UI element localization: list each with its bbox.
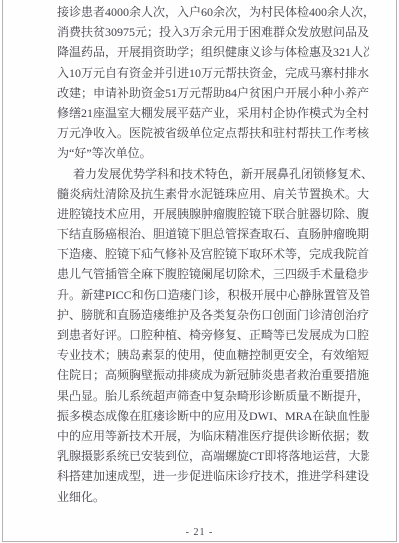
text-line: 振多模态成像在肛瘘诊断中的应用及DWI、MRA在缺血性脑血管病 xyxy=(57,406,369,426)
text-line: 果凸显。胎儿系统超声筛查中复杂畸形诊断质量不断提升，磁共 xyxy=(57,386,369,406)
page-number: - 21 - xyxy=(0,527,399,538)
text-line: 下造瘘、腔镜下疝气修补及宫腔镜下取环术等，完成我院首例8岁 xyxy=(57,244,369,264)
text-line: 护、膀胱和直肠造瘘维护及各类复杂伤口创面门诊清创治疗，得 xyxy=(57,305,369,325)
text-line: 科搭建加速成型，进一步促进临床诊疗技术，推进学科建设和专 xyxy=(57,466,369,486)
text-line: 住院日；高频胸壁振动排痰成为新冠肺炎患者救治重要措施，效 xyxy=(57,365,369,385)
text-line: 为“好”等次单位。 xyxy=(57,143,369,163)
text-line: 升。新建PICC和伤口造瘘门诊，积极开展中心静脉置管及管路维 xyxy=(57,285,369,305)
text-line: 到患者好评。口腔种植、椅旁修复、正畸等已发展成为口腔特色 xyxy=(57,325,369,345)
text-line: 接诊患者4000余人次，入户60余次，为村民体检400余人次，开展 xyxy=(57,2,369,22)
text-line: 下结直肠癌根治、胆道镜下胆总管探查取石、直肠肿瘤晚期腔镜 xyxy=(57,224,369,244)
text-line: 中的应用等新技术开展，为临床精准医疗提供诊断依据；数字化 xyxy=(57,426,369,446)
text-line: 万元净收入。医院被省级单位定点帮扶和驻村帮扶工作考核评定 xyxy=(57,123,369,143)
document-text: 接诊患者4000余人次，入户60余次，为村民体检400余人次，开展消费扶贫309… xyxy=(57,2,369,507)
text-line: 业细化。 xyxy=(57,487,369,507)
text-line: 髓炎病灶清除及抗生素骨水泥链珠应用、肩关节置换术。大力推 xyxy=(57,184,369,204)
text-line: 进腔镜技术应用，开展胰腺肿瘤腹腔镜下联合脏器切除、腹腔镜 xyxy=(57,204,369,224)
text-line: 专业技术；胰岛素泵的使用，使血糖控制更安全，有效缩短平均 xyxy=(57,345,369,365)
text-line: 降温药品，开展捐资助学；组织健康义诊与体检惠及321人次；投 xyxy=(57,42,369,62)
text-line: 入10万元自有资金并引进10万元帮扶资金，完成马寨村排水总渠 xyxy=(57,63,369,83)
text-line: 消费扶贫30975元；投入3万余元用于困难群众发放慰问品及防暑 xyxy=(57,22,369,42)
text-line: 着力发展优势学科和技术特色，新开展鼻孔闭锁修复术、骨 xyxy=(57,164,369,184)
text-line: 改建；申请补助资金51万元帮助84户贫困户开展小种小养产业， xyxy=(57,83,369,103)
text-line: 修缮21座温室大棚发展平菇产业，采用村企协作模式为全村创造6 xyxy=(57,103,369,123)
document-page: 接诊患者4000余人次，入户60余次，为村民体检400余人次，开展消费扶贫309… xyxy=(0,0,399,543)
text-line: 乳腺摄影系统已安装到位，高端螺旋CT即将落地运营，大影像学 xyxy=(57,446,369,466)
text-line: 患儿气管插管全麻下腹腔镜阑尾切除术，三四级手术量稳步提 xyxy=(57,264,369,284)
